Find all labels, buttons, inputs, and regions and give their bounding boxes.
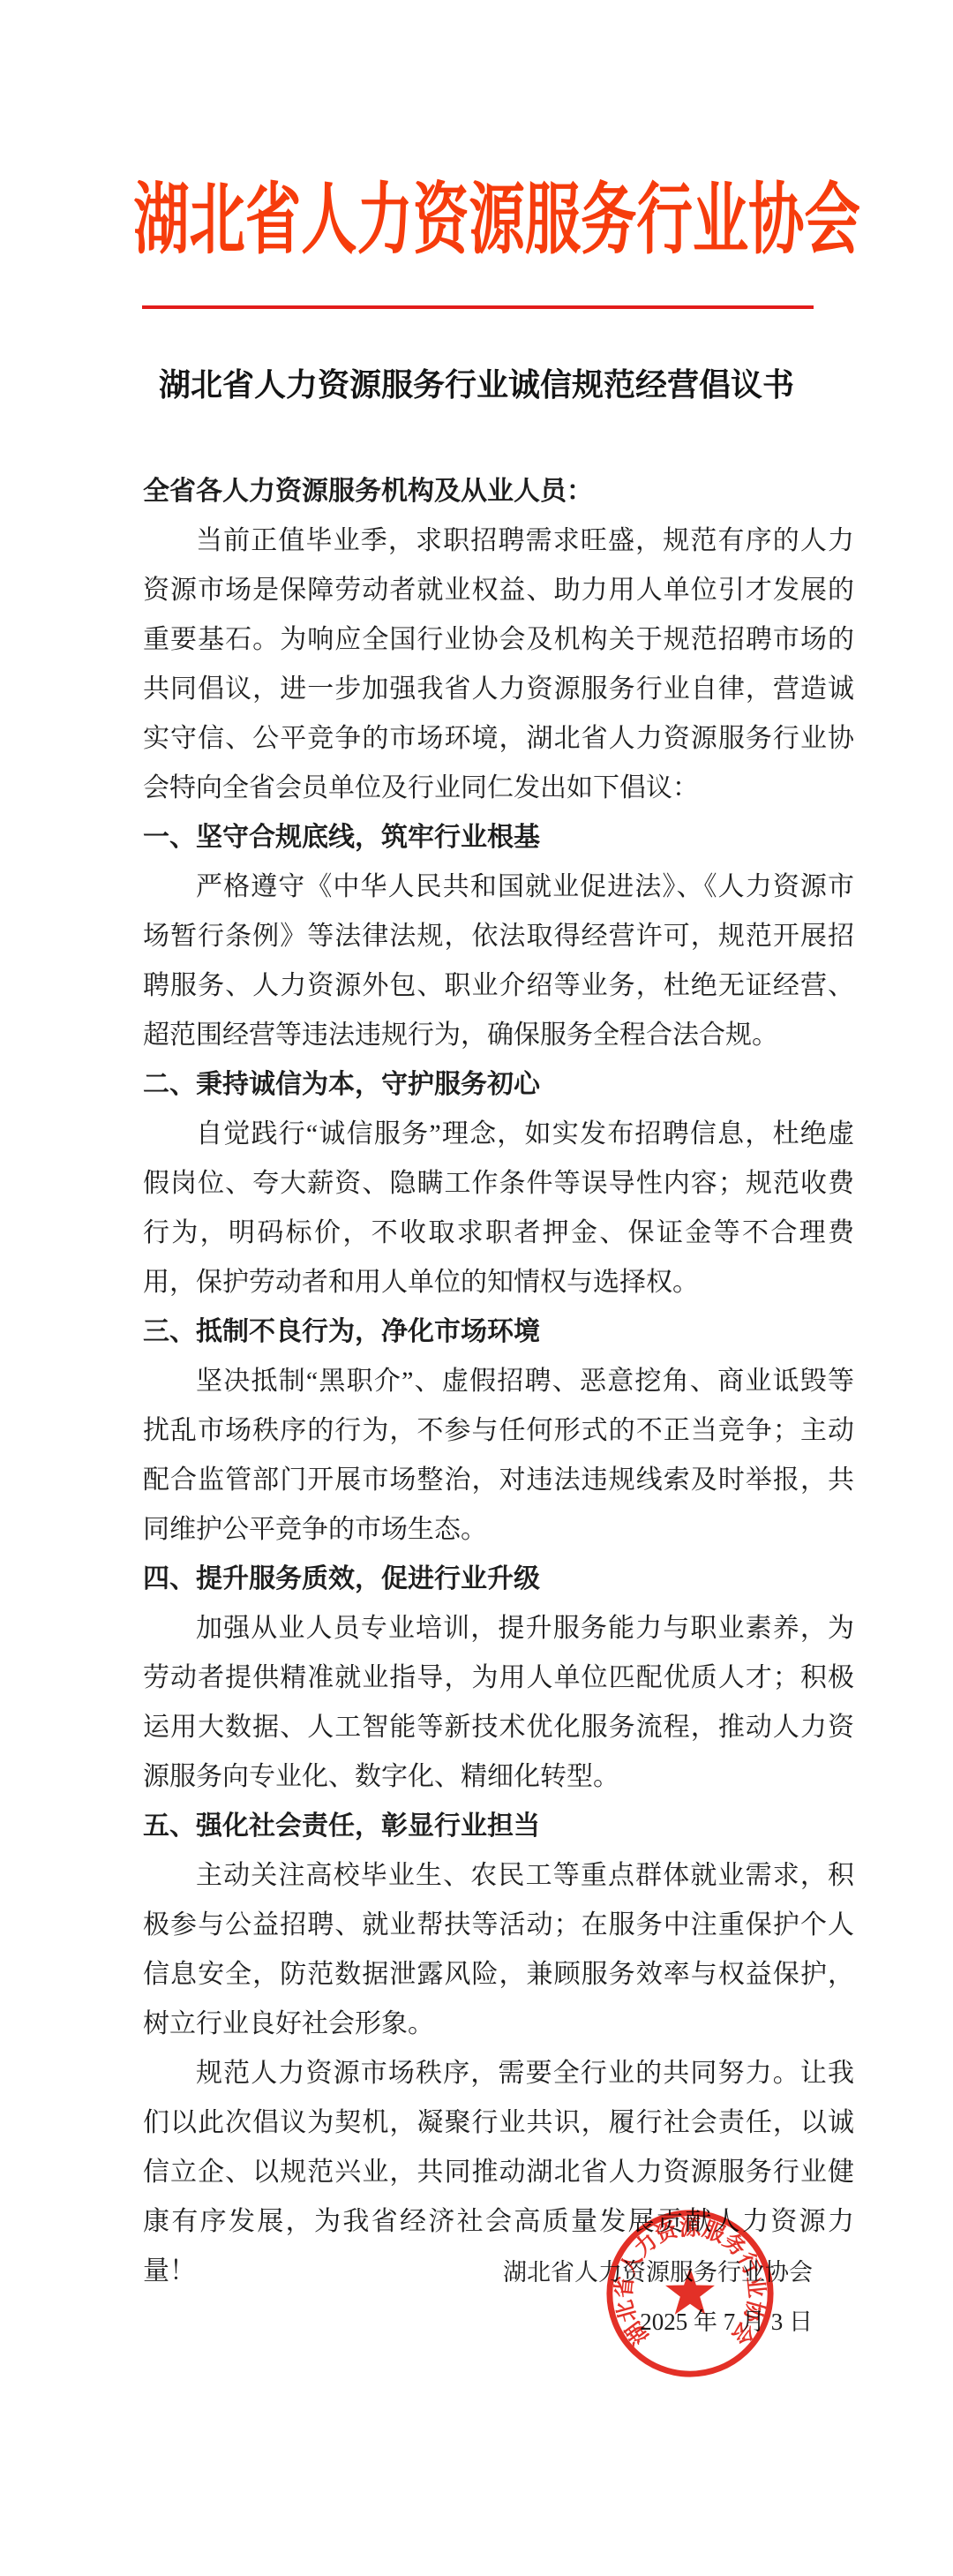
section-5-heading: 五、强化社会责任，彰显行业担当 xyxy=(143,1802,854,1851)
section-4-body: 加强从业人员专业培训，提升服务能力与职业素养，为劳动者提供精准就业指导，为用人单… xyxy=(143,1604,854,1802)
section-3-heading: 三、抵制不良行为，净化市场环境 xyxy=(143,1307,854,1357)
section-1-body: 严格遵守《中华人民共和国就业促进法》、《人力资源市场暂行条例》等法律法规，依法取… xyxy=(143,862,854,1060)
document-page: 湖北省人力资源服务行业协会 湖北省人力资源服务行业诚信规范经营倡议书 全省各人力… xyxy=(0,0,953,2576)
intro-paragraph: 当前正值毕业季，求职招聘需求旺盛，规范有序的人力资源市场是保障劳动者就业权益、助… xyxy=(143,516,854,813)
salutation: 全省各人力资源服务机构及从业人员： xyxy=(143,467,854,516)
section-2-body: 自觉践行“诚信服务”理念，如实发布招聘信息，杜绝虚假岗位、夸大薪资、隐瞒工作条件… xyxy=(143,1110,854,1307)
section-2-heading: 二、秉持诚信为本，守护服务初心 xyxy=(143,1060,854,1110)
section-4-heading: 四、提升服务质效，促进行业升级 xyxy=(143,1555,854,1604)
letterhead-title: 湖北省人力资源服务行业协会 xyxy=(133,182,820,261)
section-3-body: 坚决抵制“黑职介”、虚假招聘、恶意挖角、商业诋毁等扰乱市场秩序的行为，不参与任何… xyxy=(143,1357,854,1555)
official-seal: 湖北省人力资源服务行业协会 xyxy=(604,2207,777,2380)
section-5-body: 主动关注高校毕业生、农民工等重点群体就业需求，积极参与公益招聘、就业帮扶等活动；… xyxy=(143,1851,854,2049)
document-body: 全省各人力资源服务机构及从业人员： 当前正值毕业季，求职招聘需求旺盛，规范有序的… xyxy=(143,467,854,2296)
section-1-heading: 一、坚守合规底线，筑牢行业根基 xyxy=(143,813,854,862)
document-title: 湖北省人力资源服务行业诚信规范经营倡议书 xyxy=(0,360,953,405)
letterhead-rule xyxy=(142,305,814,309)
star-icon xyxy=(665,2268,715,2315)
